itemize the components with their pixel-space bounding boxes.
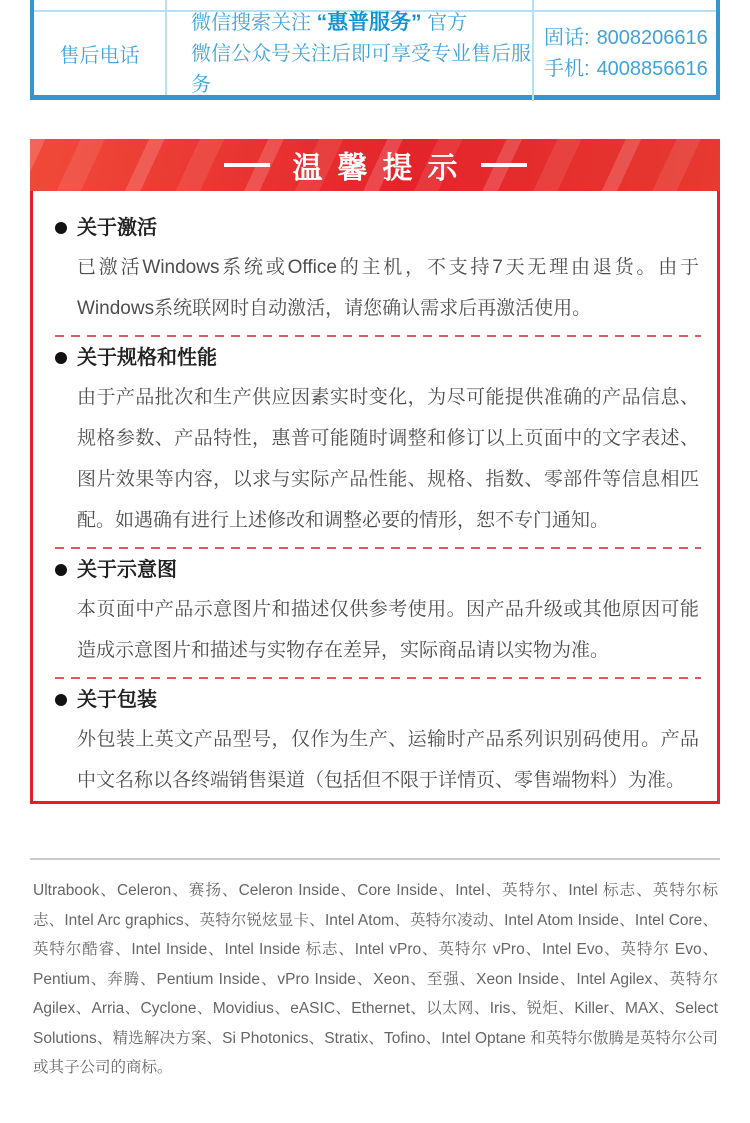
wechat-line-1: 微信搜索关注 “惠普服务” 官方	[191, 7, 532, 39]
tip-body-text: 已激活Windows系统或Office的主机，不支持7天无理由退货。由于Wind…	[77, 247, 703, 329]
wechat-info-cell: 微信搜索关注 “惠普服务” 官方 微信公众号关注后即可享受专业售后服务	[167, 7, 534, 101]
dashed-divider	[55, 677, 701, 679]
wechat-official-text: 官方	[427, 12, 467, 34]
wechat-search-text: 微信搜索关注	[191, 12, 311, 34]
tip-section-diagram: 关于示意图 本页面中产品示意图片和描述仅供参考使用。因产品升级或其他原因可能造成…	[55, 557, 703, 671]
bullet-icon	[55, 694, 67, 706]
hp-service-brand-text: “惠普服务”	[317, 11, 422, 34]
tip-heading-text: 关于激活	[77, 215, 157, 241]
right-dash-decoration	[481, 163, 527, 167]
warm-tips-body: 关于激活 已激活Windows系统或Office的主机，不支持7天无理由退货。由…	[30, 191, 720, 804]
tip-section-specs: 关于规格和性能 由于产品批次和生产供应因素实时变化，为尽可能提供准确的产品信息、…	[55, 345, 703, 541]
warm-tips-title: 温馨提示	[293, 143, 473, 187]
tip-body-text: 由于产品批次和生产供应因素实时变化，为尽可能提供准确的产品信息、规格参数、产品特…	[77, 377, 703, 541]
partial-cell	[34, 0, 167, 10]
mobile-number: 4008856616	[597, 58, 708, 80]
bullet-icon	[55, 564, 67, 576]
after-sales-table: 售后电话 微信搜索关注 “惠普服务” 官方 微信公众号关注后即可享受专业售后服务…	[30, 0, 720, 100]
legal-section-divider	[30, 858, 720, 860]
tip-heading-row: 关于示意图	[55, 557, 703, 583]
bullet-icon	[55, 222, 67, 234]
phone-numbers-cell: 固话:8008206616 手机:4008856616	[534, 23, 716, 85]
after-sales-phone-label: 售后电话	[34, 12, 167, 95]
warm-tips-header: 温馨提示	[30, 139, 720, 191]
bullet-icon	[55, 352, 67, 364]
landline-label: 固话:	[544, 27, 590, 49]
left-dash-decoration	[224, 163, 270, 167]
mobile-label: 手机:	[544, 58, 590, 80]
intel-trademark-notice: Ultrabook、Celeron、赛扬、Celeron Inside、Core…	[33, 876, 718, 1083]
tip-heading-row: 关于激活	[55, 215, 703, 241]
product-detail-page: 售后电话 微信搜索关注 “惠普服务” 官方 微信公众号关注后即可享受专业售后服务…	[0, 0, 750, 1123]
dashed-divider	[55, 335, 701, 337]
tip-body-text: 外包装上英文产品型号，仅作为生产、运输时产品系列识别码使用。产品中文名称以各终端…	[77, 719, 703, 801]
tip-heading-row: 关于规格和性能	[55, 345, 703, 371]
tip-heading-text: 关于示意图	[77, 557, 177, 583]
landline-row: 固话:8008206616	[544, 23, 716, 54]
partial-cell	[534, 0, 716, 10]
mobile-row: 手机:4008856616	[544, 54, 716, 85]
table-row-after-sales: 售后电话 微信搜索关注 “惠普服务” 官方 微信公众号关注后即可享受专业售后服务…	[34, 12, 716, 95]
landline-number: 8008206616	[597, 27, 708, 49]
tip-heading-row: 关于包装	[55, 687, 703, 713]
dashed-divider	[55, 547, 701, 549]
tip-heading-text: 关于包装	[77, 687, 157, 713]
tip-section-activation: 关于激活 已激活Windows系统或Office的主机，不支持7天无理由退货。由…	[55, 215, 703, 329]
wechat-benefit-text: 微信公众号关注后即可享受专业售后服务	[191, 39, 532, 101]
warm-tips-box: 温馨提示 关于激活 已激活Windows系统或Office的主机，不支持7天无理…	[30, 139, 720, 804]
tip-heading-text: 关于规格和性能	[77, 345, 217, 371]
tip-section-packaging: 关于包装 外包装上英文产品型号，仅作为生产、运输时产品系列识别码使用。产品中文名…	[55, 687, 703, 801]
tip-body-text: 本页面中产品示意图片和描述仅供参考使用。因产品升级或其他原因可能造成示意图片和描…	[77, 589, 703, 671]
